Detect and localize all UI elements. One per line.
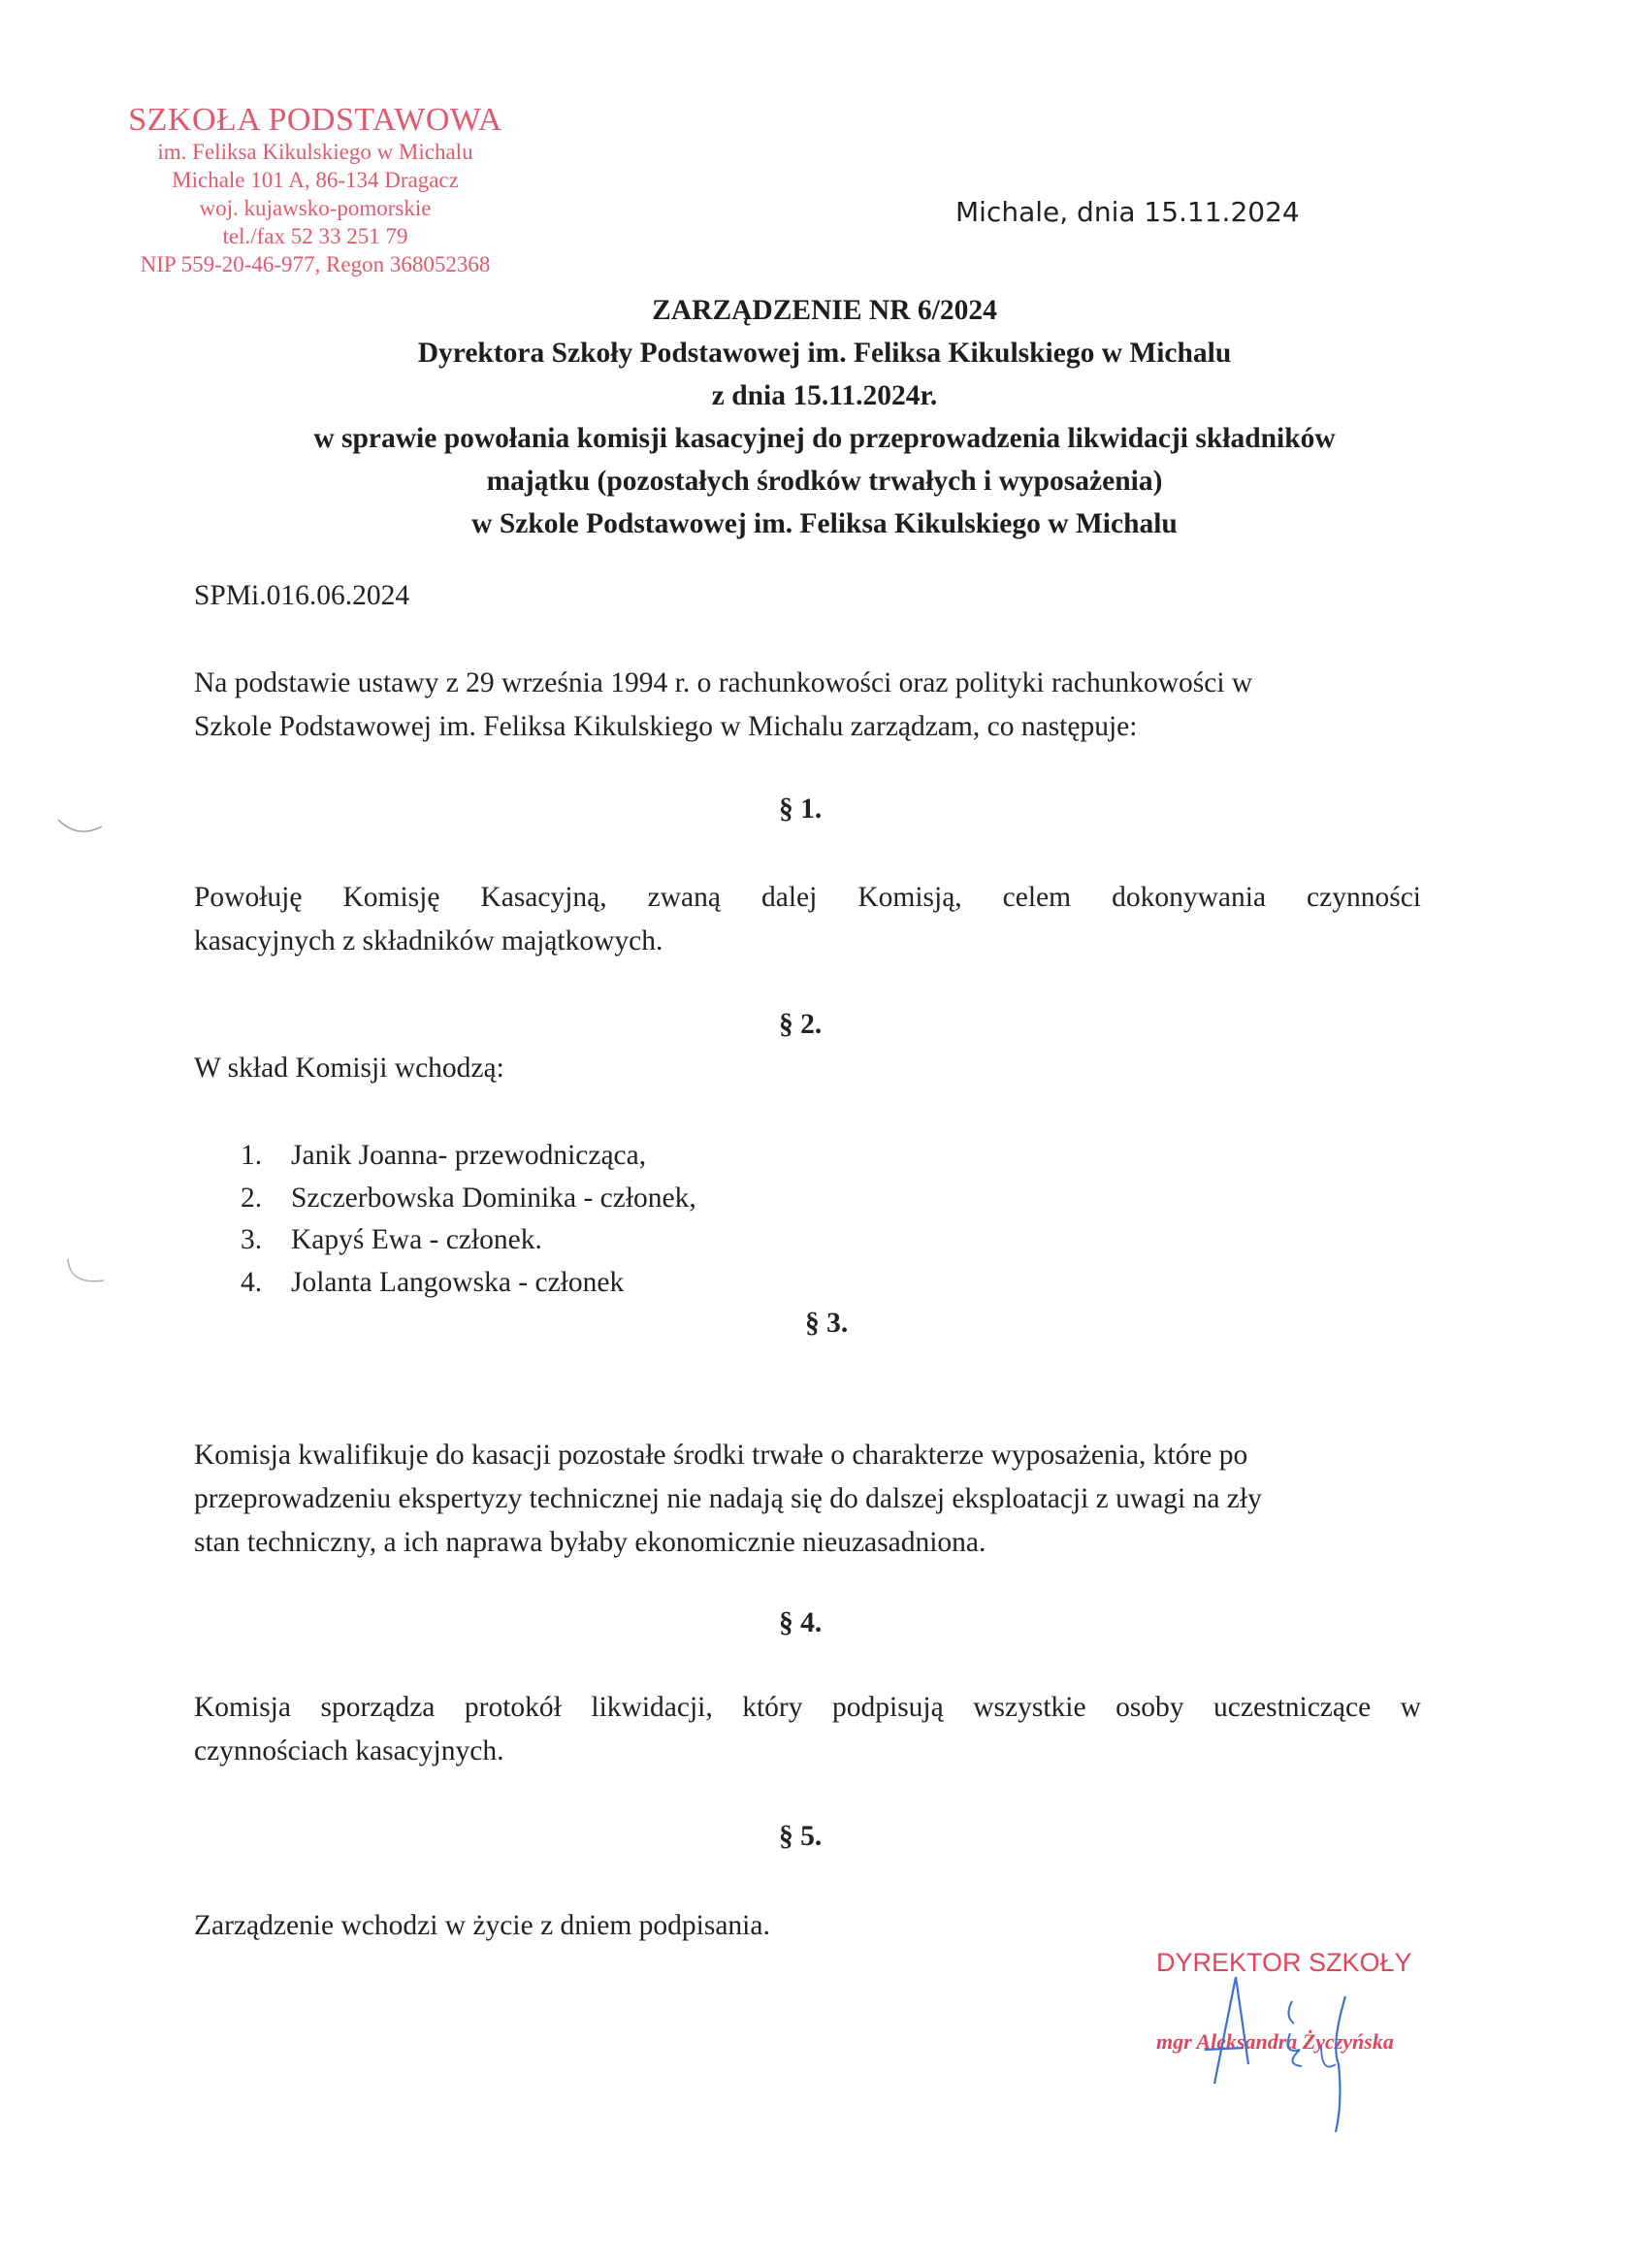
section-1-label: § 1. [779,794,822,826]
section-4-label: § 4. [779,1607,822,1639]
section-1-text: Powołuję Komisję Kasacyjną, zwaną dalej … [194,876,1421,963]
preamble-line: Na podstawie ustawy z 29 września 1994 r… [194,662,1421,705]
section-line: stan techniczny, a ich naprawa byłaby ek… [194,1521,1421,1565]
stamp-line: NIP 559-20-46-977, Regon 368052368 [116,250,514,278]
document-issue-date: z dnia 15.11.2024r. [145,374,1503,417]
director-signature-block: DYREKTOR SZKOŁY mgr Aleksandra Życzyńska [1156,1948,1447,1978]
member-list: 1.Janik Joanna- przewodnicząca, 2.Szczer… [241,1135,696,1304]
stamp-line: tel./fax 52 33 251 79 [116,222,514,250]
school-stamp: SZKOŁA PODSTAWOWA im. Feliksa Kikulskieg… [116,103,514,278]
section-3-text: Komisja kwalifikuje do kasacji pozostałe… [194,1434,1421,1565]
preamble-line: Szkole Podstawowej im. Feliksa Kikulskie… [194,705,1421,749]
section-line: Powołuję Komisję Kasacyjną, zwaną dalej … [194,876,1421,920]
section-line: przeprowadzeniu ekspertyzy technicznej n… [194,1477,1421,1521]
stamp-line: im. Feliksa Kikulskiego w Michalu [116,138,514,166]
document-title-block: ZARZĄDZENIE NR 6/2024 Dyrektora Szkoły P… [145,289,1503,545]
section-5-label: § 5. [779,1821,822,1853]
document-heading: ZARZĄDZENIE NR 6/2024 [145,289,1503,332]
section-2-intro: W skład Komisji wchodzą: [194,1053,504,1085]
stamp-title: SZKOŁA PODSTAWOWA [116,103,514,138]
stamp-line: woj. kujawsko-pomorskie [116,194,514,222]
section-3-label: § 3. [805,1308,848,1340]
document-issuer: Dyrektora Szkoły Podstawowej im. Feliksa… [145,332,1503,374]
preamble: Na podstawie ustawy z 29 września 1994 r… [194,662,1421,749]
stamp-line: Michale 101 A, 86-134 Dragacz [116,166,514,194]
section-line: Komisja sporządza protokół likwidacji, k… [194,1686,1421,1730]
document-subject-line: w sprawie powołania komisji kasacyjnej d… [145,417,1503,460]
section-line: Komisja kwalifikuje do kasacji pozostałe… [194,1434,1421,1477]
document-subject-line: majątku (pozostałych środków trwałych i … [145,460,1503,502]
section-line: kasacyjnych z składników majątkowych. [194,920,1421,963]
member-list-item: 3.Kapyś Ewa - członek. [241,1219,696,1262]
reference-number: SPMi.016.06.2024 [194,580,409,612]
member-list-item: 4.Jolanta Langowska - członek [241,1262,696,1305]
section-line: czynnościach kasacyjnych. [194,1730,1421,1773]
member-list-item: 1.Janik Joanna- przewodnicząca, [241,1135,696,1178]
member-list-item: 2.Szczerbowska Dominika - członek, [241,1178,696,1220]
punch-hole-mark [53,815,112,844]
handwritten-signature-icon [1176,1958,1428,2132]
section-line: Zarządzenie wchodzi w życie z dniem podp… [194,1904,1421,1948]
punch-hole-mark [60,1251,118,1300]
section-2-label: § 2. [779,1009,822,1041]
section-5-text: Zarządzenie wchodzi w życie z dniem podp… [194,1904,1421,1948]
document-date: Michale, dnia 15.11.2024 [955,196,1300,228]
document-subject-line: w Szkole Podstawowej im. Feliksa Kikulsk… [145,502,1503,545]
section-4-text: Komisja sporządza protokół likwidacji, k… [194,1686,1421,1773]
